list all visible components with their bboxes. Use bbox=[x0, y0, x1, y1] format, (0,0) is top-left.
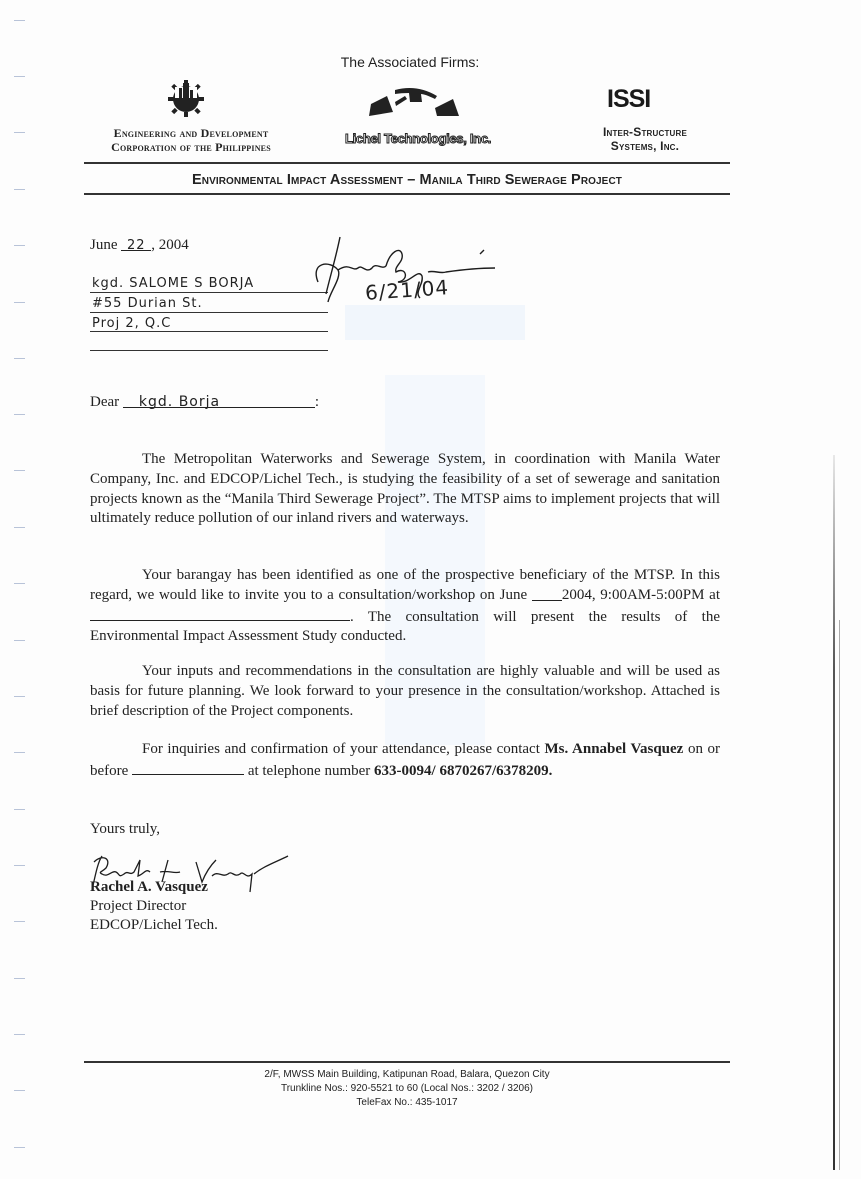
contact-name: Ms. Annabel Vasquez bbox=[545, 741, 684, 757]
workshop-date-field: · bbox=[532, 586, 562, 601]
margin-mark bbox=[14, 640, 25, 641]
footer: 2/F, MWSS Main Building, Katipunan Road,… bbox=[84, 1068, 730, 1110]
address-rule bbox=[90, 312, 328, 313]
edcop-name-line2: Corporation of the Philippines bbox=[96, 140, 286, 154]
venue-field bbox=[90, 606, 350, 621]
footer-address: 2/F, MWSS Main Building, Katipunan Road,… bbox=[84, 1068, 730, 1082]
edcop-name-line1: Engineering and Development bbox=[96, 126, 286, 140]
date-day-field: 22 bbox=[121, 236, 151, 251]
footer-rule bbox=[84, 1061, 730, 1063]
margin-mark bbox=[14, 696, 25, 697]
lichel-logo bbox=[365, 86, 465, 118]
letter-date: June 22, 2004 bbox=[90, 236, 189, 256]
salutation-name: kgd. Borja bbox=[123, 394, 220, 410]
edcop-name: Engineering and Development Corporation … bbox=[96, 126, 286, 154]
date-month: June bbox=[90, 237, 118, 253]
salutation-name-field: kgd. Borja bbox=[123, 393, 315, 408]
signatory-org: EDCOP/Lichel Tech. bbox=[90, 916, 218, 935]
header-rule-top bbox=[84, 162, 730, 164]
margin-mark bbox=[14, 1090, 25, 1091]
issi-name: Inter-Structure Systems, Inc. bbox=[570, 125, 720, 153]
header-rule-bottom bbox=[84, 193, 730, 195]
signatory-title: Project Director bbox=[90, 897, 218, 916]
closing: Yours truly, bbox=[90, 820, 160, 840]
project-title: Environmental Impact Assessment – Manila… bbox=[84, 172, 730, 188]
margin-mark bbox=[14, 132, 25, 133]
issi-name-line1: Inter-Structure bbox=[570, 125, 720, 139]
margin-mark bbox=[14, 809, 25, 810]
margin-mark bbox=[14, 583, 25, 584]
salutation-prefix: Dear bbox=[90, 394, 119, 410]
issi-logo: ISSI bbox=[607, 85, 650, 114]
paragraph-1: The Metropolitan Waterworks and Sewerage… bbox=[90, 450, 720, 529]
margin-mark bbox=[14, 752, 25, 753]
para4-text-3: at telephone number bbox=[248, 763, 370, 779]
salutation-colon: : bbox=[315, 394, 319, 410]
address-rule bbox=[90, 350, 328, 351]
footer-trunkline: Trunkline Nos.: 920-5521 to 60 (Local No… bbox=[84, 1082, 730, 1096]
margin-mark bbox=[14, 527, 25, 528]
margin-mark bbox=[14, 414, 25, 415]
arc-segments-icon bbox=[365, 86, 465, 118]
deadline-field bbox=[132, 760, 244, 775]
margin-mark bbox=[14, 865, 25, 866]
address-rule bbox=[90, 292, 328, 293]
margin-mark bbox=[14, 245, 25, 246]
paragraph-3: Your inputs and recommendations in the c… bbox=[90, 662, 720, 721]
footer-telefax: TeleFax No.: 435-1017 bbox=[84, 1096, 730, 1110]
margin-mark bbox=[14, 189, 25, 190]
issi-name-line2: Systems, Inc. bbox=[570, 139, 720, 153]
signature-block: Rachel A. Vasquez Project Director EDCOP… bbox=[90, 878, 218, 935]
lichel-name: Lichel Technologies, Inc. bbox=[333, 132, 503, 146]
address-rule bbox=[90, 331, 328, 332]
salutation: Dear kgd. Borja: bbox=[90, 393, 319, 413]
page-edge-shadow bbox=[839, 620, 840, 1170]
gear-building-icon bbox=[166, 78, 206, 118]
contact-phone-numbers: 633-0094/ 6870267/6378209. bbox=[374, 763, 552, 779]
margin-mark bbox=[14, 358, 25, 359]
margin-mark bbox=[14, 302, 25, 303]
page-edge-shadow bbox=[833, 455, 835, 1170]
address-line-3: Proj 2, Q.C bbox=[92, 316, 171, 331]
margin-mark bbox=[14, 470, 25, 471]
edcop-logo bbox=[166, 78, 206, 118]
para2-text-2: 2004, 9:00AM-5:00PM at bbox=[562, 587, 720, 603]
paragraph-4: For inquiries and confirmation of your a… bbox=[90, 740, 720, 782]
margin-mark bbox=[14, 1147, 25, 1148]
margin-mark bbox=[14, 921, 25, 922]
paragraph-2: Your barangay has been identified as one… bbox=[90, 566, 720, 647]
date-day: 22 bbox=[127, 238, 146, 253]
margin-mark bbox=[14, 20, 25, 21]
scan-smudge bbox=[345, 305, 525, 340]
para4-text-1: For inquiries and confirmation of your a… bbox=[142, 741, 540, 757]
signatory-name: Rachel A. Vasquez bbox=[90, 878, 218, 897]
margin-mark bbox=[14, 76, 25, 77]
date-year: , 2004 bbox=[151, 237, 189, 253]
address-line-1: kgd. SALOME S BORJA bbox=[92, 276, 254, 291]
margin-mark bbox=[14, 1034, 25, 1035]
associated-firms-label: The Associated Firms: bbox=[0, 54, 820, 70]
address-line-2: #55 Durian St. bbox=[92, 296, 203, 311]
margin-mark bbox=[14, 978, 25, 979]
